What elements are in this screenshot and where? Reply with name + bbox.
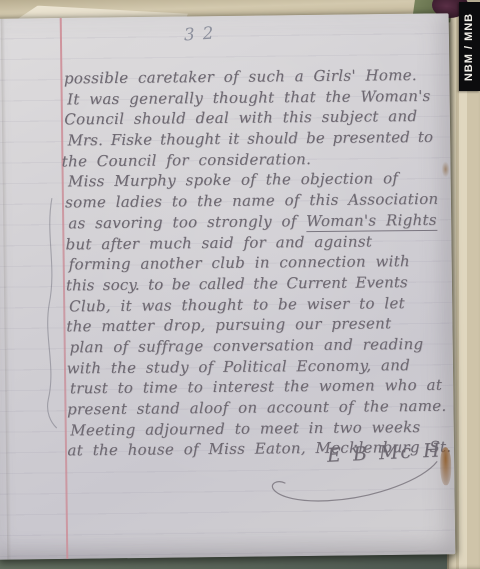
- photo-backdrop: 32 possible caretaker of such a Girls' H…: [0, 0, 480, 569]
- rust-stain: [440, 447, 451, 485]
- hand-underlined-words: Woman's Rights: [306, 211, 437, 232]
- manuscript-line: Club, it was thought to be wiser to let: [69, 292, 458, 316]
- rust-stain-small: [441, 161, 449, 177]
- manuscript-line: Mrs. Fiske thought it should be presente…: [67, 127, 456, 151]
- manuscript-page: 32 possible caretaker of such a Girls' H…: [0, 13, 455, 560]
- page-number: 32: [183, 23, 222, 45]
- page-crease: [1, 19, 12, 560]
- handwritten-text-block: possible caretaker of such a Girls' Home…: [64, 65, 460, 462]
- manuscript-line-womans-rights: as savoring too strongly of Woman's Righ…: [68, 209, 457, 233]
- archive-label-text: NBM / MNB: [464, 12, 476, 80]
- archive-label: NBM / MNB: [459, 2, 480, 91]
- pencil-margin-mark: [40, 194, 65, 434]
- signature-initials: E B Mc H: [327, 439, 443, 466]
- line-text: as savoring too strongly of: [68, 212, 306, 232]
